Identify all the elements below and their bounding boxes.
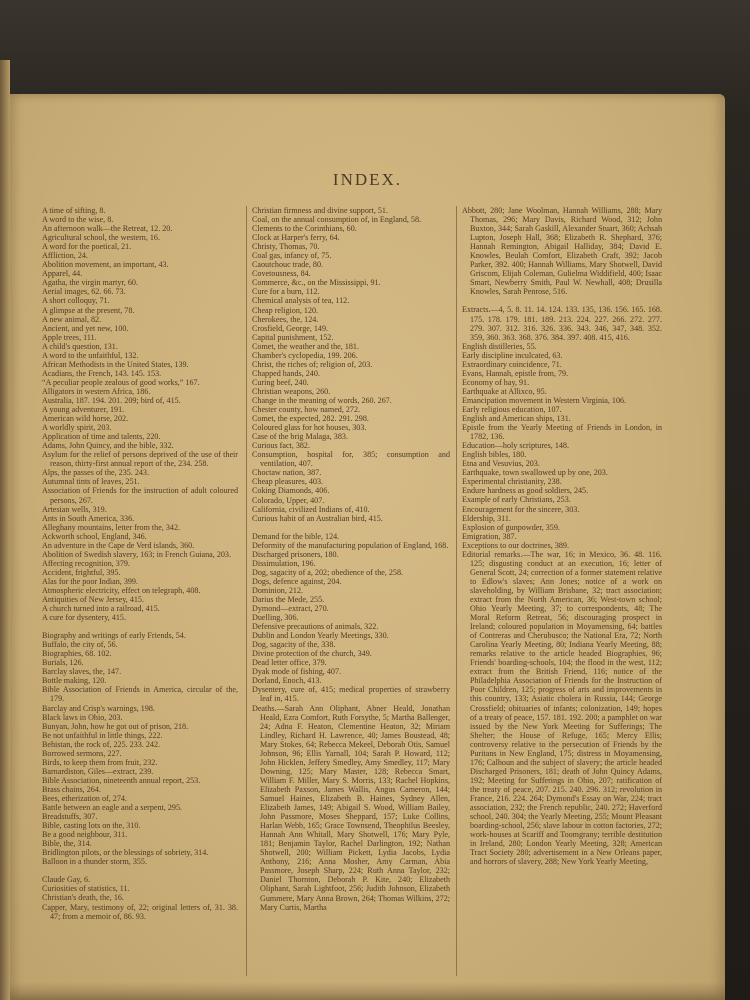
index-entry: Agatha, the virgin martyr, 60. xyxy=(42,278,238,287)
index-entry: Claude Gay, 6. xyxy=(42,875,238,884)
index-entry: Borrowed sermons, 227. xyxy=(42,749,238,758)
index-entry: Dublin and London Yearly Meetings, 330. xyxy=(252,631,450,640)
letter-group-gap xyxy=(252,523,450,532)
index-entry: Duelling, 306. xyxy=(252,613,450,622)
index-entry: Deformity of the manufacturing populatio… xyxy=(252,541,450,550)
index-entry: Demand for the bible, 124. xyxy=(252,532,450,541)
index-entry: Alleghany mountains, letter from the, 34… xyxy=(42,523,238,532)
index-entry: Bible, the, 314. xyxy=(42,839,238,848)
index-entry: Coking Diamonds, 406. xyxy=(252,486,450,495)
index-entry: Barnardiston, Giles—extract, 239. xyxy=(42,767,238,776)
index-entry: “A peculiar people zealous of good works… xyxy=(42,378,238,387)
index-entry: Curious fact, 382. xyxy=(252,441,450,450)
index-entry: Biographies, 68. 102. xyxy=(42,649,238,658)
index-entry: Early religious education, 107. xyxy=(462,405,662,414)
index-entry: Acadians, the French, 143. 145. 153. xyxy=(42,369,238,378)
index-entry: Christ, the riches of; religion of, 203. xyxy=(252,360,450,369)
index-entry: Capital punishment, 152. xyxy=(252,333,450,342)
index-entry: Change in the meaning of words, 260. 267… xyxy=(252,396,450,405)
index-entry: Dead letter office, 379. xyxy=(252,658,450,667)
index-entry: American wild horse, 202. xyxy=(42,414,238,423)
index-entry: Black laws in Ohio, 203. xyxy=(42,713,238,722)
index-entry: Dog, sagacity of a, 202; obedience of th… xyxy=(252,568,450,577)
index-entry: Emancipation movement in Western Virgini… xyxy=(462,396,662,405)
index-entry: Early discipline inculcated, 63. xyxy=(462,351,662,360)
index-entry: Battle between an eagle and a serpent, 2… xyxy=(42,803,238,812)
index-entry: Apple trees, 111. xyxy=(42,333,238,342)
index-entry: Alligators in western Africa, 186. xyxy=(42,387,238,396)
index-entry: Covetousness, 84. xyxy=(252,269,450,278)
index-entry: Cure for a burn, 112. xyxy=(252,287,450,296)
index-entry: A short colloquy, 71. xyxy=(42,296,238,305)
index-entry: A word to the unfaithful, 132. xyxy=(42,351,238,360)
index-entry: Emigration, 387. xyxy=(462,532,662,541)
index-entry: An afternoon walk—the Retreat, 12. 20. xyxy=(42,224,238,233)
index-column-3: Abbott, 280; Jane Woolman, Hannah Willia… xyxy=(456,206,662,976)
index-entry: A glimpse at the present, 78. xyxy=(42,306,238,315)
index-entry: Antiquities of New Jersey, 415. xyxy=(42,595,238,604)
index-entry: A time of sifting, 8. xyxy=(42,206,238,215)
index-entry: Chapped hands, 240. xyxy=(252,369,450,378)
index-entry: Dominion, 212. xyxy=(252,586,450,595)
index-entry: Christian firmness and divine support, 5… xyxy=(252,206,450,215)
index-entry: Bridlington pilots, or the blessings of … xyxy=(42,848,238,857)
letter-group-gap xyxy=(42,866,238,875)
index-entry: Apparel, 44. xyxy=(42,269,238,278)
index-entry: Case of the brig Malaga, 383. xyxy=(252,432,450,441)
index-entry: Be not unfaithful in little things, 222. xyxy=(42,731,238,740)
index-entry: Artesian wells, 319. xyxy=(42,505,238,514)
index-entry: Curious habit of an Australian bird, 415… xyxy=(252,514,450,523)
index-entry: Caoutchouc trade, 80. xyxy=(252,260,450,269)
index-entry: A child's question, 131. xyxy=(42,342,238,351)
index-entry: Bees, etherization of, 274. xyxy=(42,794,238,803)
index-entry: Education—holy scriptures, 148. xyxy=(462,441,662,450)
index-entry: English bibles, 180. xyxy=(462,450,662,459)
index-entry: Ancient, and yet new, 100. xyxy=(42,324,238,333)
index-entry: Bible Association of Friends in America,… xyxy=(42,685,238,703)
index-entry: Defensive precautions of animals, 322. xyxy=(252,622,450,631)
index-entry: Bible Association, nineteenth annual rep… xyxy=(42,776,238,785)
index-column-2: Christian firmness and divine support, 5… xyxy=(246,206,450,976)
index-entry: Earthquake, town swallowed up by one, 20… xyxy=(462,468,662,477)
index-entry: A young adventurer, 191. xyxy=(42,405,238,414)
index-entry: Abolition of Swedish slavery, 163; in Fr… xyxy=(42,550,238,559)
index-entry: Christian weapons, 260. xyxy=(252,387,450,396)
index-entry: Comet, the weather and the, 181. xyxy=(252,342,450,351)
index-entry: Dyak mode of fishing, 407. xyxy=(252,667,450,676)
index-entry: Affecting recognition, 379. xyxy=(42,559,238,568)
index-entry: Barclay and Crisp's warnings, 198. xyxy=(42,704,238,713)
index-entry: Endure hardness as good soldiers, 245. xyxy=(462,486,662,495)
index-entry: Affliction, 24. xyxy=(42,251,238,260)
index-entry: English and American ships, 131. xyxy=(462,414,662,423)
index-entry: Curing beef, 240. xyxy=(252,378,450,387)
index-entry: A church turned into a railroad, 415. xyxy=(42,604,238,613)
index-entry: Commerce, &c., on the Mississippi, 91. xyxy=(252,278,450,287)
index-entry: Bunyan, John, how he got out of prison, … xyxy=(42,722,238,731)
index-entry: California, civilized Indians of, 410. xyxy=(252,505,450,514)
index-entry: Chester county, how named, 272. xyxy=(252,405,450,414)
index-entry: Divine protection of the church, 349. xyxy=(252,649,450,658)
index-entry: A cure for dysentery, 415. xyxy=(42,613,238,622)
index-entry: Dorland, Enoch, 413. xyxy=(252,676,450,685)
index-entry: Deaths.—Sarah Ann Oliphant, Abner Heald,… xyxy=(252,704,450,912)
index-entry: Abbott, 280; Jane Woolman, Hannah Willia… xyxy=(462,206,662,296)
letter-group-gap xyxy=(462,296,662,305)
index-entry: Bottle making, 120. xyxy=(42,676,238,685)
index-entry: Extraordinary coincidence, 71. xyxy=(462,360,662,369)
index-entry: Experimental christianity, 238. xyxy=(462,477,662,486)
index-entry: Crosfield, George, 149. xyxy=(252,324,450,333)
book-page: INDEX. A time of sifting, 8.A word to th… xyxy=(10,94,725,1000)
index-entry: Dogs, defence against, 204. xyxy=(252,577,450,586)
index-entry: Example of early Christians, 253. xyxy=(462,495,662,504)
index-entry: Adams, John Quincy, and the bible, 332. xyxy=(42,441,238,450)
index-entry: Ants in South America, 336. xyxy=(42,514,238,523)
index-entry: Choctaw nation, 387. xyxy=(252,468,450,477)
index-entry: Explosion of gunpowder, 359. xyxy=(462,523,662,532)
index-entry: Burials, 126. xyxy=(42,658,238,667)
index-entry: Aerial images, 62. 66. 73. xyxy=(42,287,238,296)
index-entry: Capper, Mary, testimony of, 22; original… xyxy=(42,903,238,921)
index-entry: Atmospheric electricity, effect on teleg… xyxy=(42,586,238,595)
index-entry: Cherokees, the, 124. xyxy=(252,315,450,324)
index-entry: Abolition movement, an important, 43. xyxy=(42,260,238,269)
index-entry: Buffalo, the city of, 56. xyxy=(42,640,238,649)
index-entry: Earthquake at Allixco, 95. xyxy=(462,387,662,396)
index-entry: Evans, Hannah, epistle from, 79. xyxy=(462,369,662,378)
index-entry: Dymond—extract, 270. xyxy=(252,604,450,613)
index-entry: Curiosities of statistics, 11. xyxy=(42,884,238,893)
index-entry: Eldership, 311. xyxy=(462,514,662,523)
index-entry: Clock at Harper's ferry, 64. xyxy=(252,233,450,242)
index-entry: Cheap religion, 120. xyxy=(252,306,450,315)
index-entry: Extracts.—4, 5. 8. 11. 14. 124. 133. 135… xyxy=(462,305,662,341)
book-spine-edge xyxy=(0,60,10,1000)
index-entry: Etna and Vesuvius, 203. xyxy=(462,459,662,468)
index-entry: Behistan, the rock of, 225. 233. 242. xyxy=(42,740,238,749)
index-entry: Coal gas, infancy of, 75. xyxy=(252,251,450,260)
index-entry: Christy, Thomas, 70. xyxy=(252,242,450,251)
index-entry: A word for the poetical, 21. xyxy=(42,242,238,251)
index-entry: Coal, on the annual consumption of, in E… xyxy=(252,215,450,224)
index-entry: An adventure in the Cape de Verd islands… xyxy=(42,541,238,550)
index-entry: Biography and writings of early Friends,… xyxy=(42,631,238,640)
index-entry: Asylum for the relief of persons deprive… xyxy=(42,450,238,468)
index-entry: Be a good neighbour, 311. xyxy=(42,830,238,839)
index-entry: Colorado, Upper, 407. xyxy=(252,496,450,505)
index-entry: Ackworth school, England, 346. xyxy=(42,532,238,541)
index-entry: Barclay slaves, the, 147. xyxy=(42,667,238,676)
index-entry: Brass chains, 264. xyxy=(42,785,238,794)
index-entry: Cheap pleasures, 403. xyxy=(252,477,450,486)
index-entry: Birds, to keep them from fruit, 232. xyxy=(42,758,238,767)
index-entry: Discharged prisoners, 180. xyxy=(252,550,450,559)
index-entry: Dog, sagacity of the, 338. xyxy=(252,640,450,649)
index-entry: English distilleries, 55. xyxy=(462,342,662,351)
index-entry: Accident, frightful, 395. xyxy=(42,568,238,577)
index-entry: Clements to the Corinthians, 60. xyxy=(252,224,450,233)
index-entry: Australia, 187. 194. 201. 209; bird of, … xyxy=(42,396,238,405)
index-entry: Association of Friends for the instructi… xyxy=(42,486,238,504)
index-entry: Economy of hay, 91. xyxy=(462,378,662,387)
index-entry: Breadstuffs, 307. xyxy=(42,812,238,821)
index-entry: Application of time and talents, 220. xyxy=(42,432,238,441)
index-entry: Bible, casting lots on the, 310. xyxy=(42,821,238,830)
page-bottom-shadow xyxy=(10,982,725,1000)
index-entry: Chamber's cyclopedia, 199. 206. xyxy=(252,351,450,360)
index-entry: Editorial remarks.—The war, 16; in Mexic… xyxy=(462,550,662,867)
index-column-1: A time of sifting, 8.A word to the wise,… xyxy=(42,206,238,921)
index-entry: Balloon in a thunder storm, 355. xyxy=(42,857,238,866)
index-entry: Encouragement for the sincere, 303. xyxy=(462,505,662,514)
page-title: INDEX. xyxy=(10,170,725,190)
letter-group-gap xyxy=(42,622,238,631)
index-entry: A new animal, 82. xyxy=(42,315,238,324)
index-entry: A worldly spirit, 203. xyxy=(42,423,238,432)
index-entry: Christian's death, the, 16. xyxy=(42,893,238,902)
index-entry: Alps, the passes of the, 235. 243. xyxy=(42,468,238,477)
index-entry: Epistle from the Yearly Meeting of Frien… xyxy=(462,423,662,441)
index-entry: Consumption, hospital for, 385; consumpt… xyxy=(252,450,450,468)
index-entry: Coloured glass for hot houses, 303. xyxy=(252,423,450,432)
index-entry: Darius the Mede, 255. xyxy=(252,595,450,604)
index-entry: Comet, the expected, 282. 291. 298. xyxy=(252,414,450,423)
index-entry: Dissimulation, 196. xyxy=(252,559,450,568)
index-entry: Alas for the poor Indian, 399. xyxy=(42,577,238,586)
index-entry: Dysentery, cure of, 415; medical propert… xyxy=(252,685,450,703)
index-entry: Chemical analysis of tea, 112. xyxy=(252,296,450,305)
index-entry: Agricultural school, the western, 16. xyxy=(42,233,238,242)
index-entry: Autumnal tints of leaves, 251. xyxy=(42,477,238,486)
index-entry: A word to the wise, 8. xyxy=(42,215,238,224)
index-entry: African Methodists in the United States,… xyxy=(42,360,238,369)
index-entry: Exceptions to our doctrines, 389. xyxy=(462,541,662,550)
